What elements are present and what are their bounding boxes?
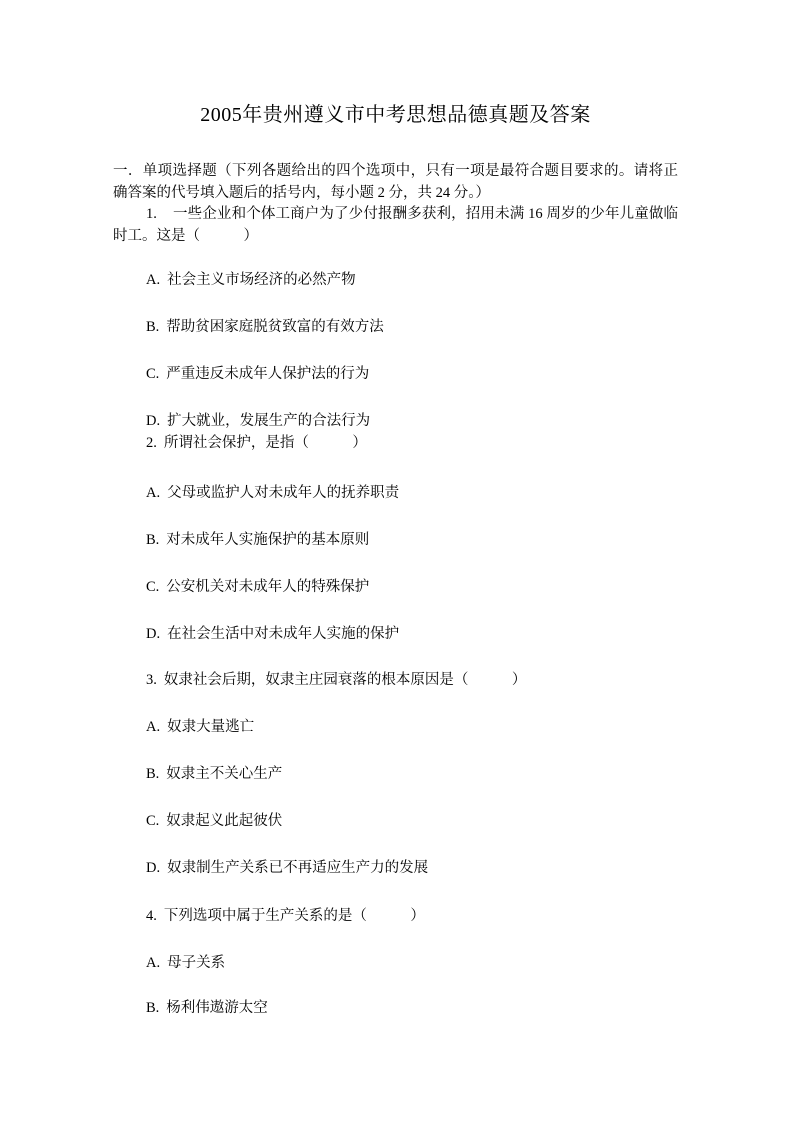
question-4-option-b: B.杨利伟遨游太空 (113, 998, 678, 1020)
option-text: 对未成年人实施保护的基本原则 (166, 532, 369, 548)
question-2-option-a: A.父母或监护人对未成年人的抚养职责 (113, 483, 678, 505)
question-1-text: 一些企业和个体工商户为了少付报酬多获利，招用未满 16 周岁的少年儿童做临时工。… (113, 206, 678, 244)
question-2-option-d: D.在社会生活中对未成年人实施的保护 (113, 624, 678, 646)
question-1-option-d: D.扩大就业，发展生产的合法行为 (113, 411, 678, 433)
question-2-option-b: B.对未成年人实施保护的基本原则 (113, 530, 678, 552)
option-text: 公安机关对未成年人的特殊保护 (166, 579, 369, 595)
option-label: A. (146, 272, 160, 288)
section-instructions: 一．单项选择题（下列各题给出的四个选项中，只有一项是最符合题目要求的。请将正确答… (113, 161, 678, 204)
option-text: 社会主义市场经济的必然产物 (167, 272, 356, 288)
option-text: 奴隶制生产关系已不再适应生产力的发展 (167, 860, 428, 876)
question-4-number: 4. (146, 908, 157, 924)
option-label: C. (146, 813, 159, 829)
question-1-option-c: C.严重违反未成年人保护法的行为 (113, 364, 678, 386)
option-label: C. (146, 579, 159, 595)
question-1-option-b: B.帮助贫困家庭脱贫致富的有效方法 (113, 317, 678, 339)
option-text: 父母或监护人对未成年人的抚养职责 (167, 485, 399, 501)
option-label: B. (146, 766, 159, 782)
document-page: 2005年贵州遵义市中考思想品德真题及答案 一．单项选择题（下列各题给出的四个选… (0, 0, 794, 1123)
question-4: 4.下列选项中属于生产关系的是（ ） (113, 906, 678, 928)
option-text: 扩大就业，发展生产的合法行为 (167, 413, 370, 429)
question-3-option-c: C.奴隶起义此起彼伏 (113, 811, 678, 833)
question-3-text: 奴隶社会后期，奴隶主庄园衰落的根本原因是（ ） (164, 672, 527, 688)
option-label: C. (146, 366, 159, 382)
question-4-option-a: A.母子关系 (113, 953, 678, 975)
option-label: D. (146, 860, 160, 876)
question-1-number: 1. (146, 206, 157, 222)
option-text: 严重违反未成年人保护法的行为 (166, 366, 369, 382)
question-3: 3.奴隶社会后期，奴隶主庄园衰落的根本原因是（ ） (113, 670, 678, 692)
question-3-option-a: A.奴隶大量逃亡 (113, 717, 678, 739)
option-label: D. (146, 413, 160, 429)
option-label: A. (146, 719, 160, 735)
option-label: A. (146, 485, 160, 501)
option-text: 帮助贫困家庭脱贫致富的有效方法 (166, 319, 384, 335)
question-3-option-d: D.奴隶制生产关系已不再适应生产力的发展 (113, 858, 678, 880)
question-2-number: 2. (146, 435, 157, 451)
question-2: 2.所谓社会保护，是指（ ） (113, 433, 678, 455)
option-label: D. (146, 626, 160, 642)
question-4-text: 下列选项中属于生产关系的是（ ） (164, 908, 425, 924)
question-1: 1.一些企业和个体工商户为了少付报酬多获利，招用未满 16 周岁的少年儿童做临时… (113, 204, 678, 247)
option-text: 母子关系 (167, 955, 225, 971)
option-text: 在社会生活中对未成年人实施的保护 (167, 626, 399, 642)
option-label: B. (146, 319, 159, 335)
option-text: 杨利伟遨游太空 (166, 1000, 268, 1016)
option-label: A. (146, 955, 160, 971)
document-title: 2005年贵州遵义市中考思想品德真题及答案 (113, 100, 678, 130)
option-label: B. (146, 532, 159, 548)
option-text: 奴隶主不关心生产 (166, 766, 282, 782)
question-3-number: 3. (146, 672, 157, 688)
question-2-text: 所谓社会保护，是指（ ） (164, 435, 367, 451)
question-1-option-a: A.社会主义市场经济的必然产物 (113, 270, 678, 292)
question-2-option-c: C.公安机关对未成年人的特殊保护 (113, 577, 678, 599)
option-text: 奴隶起义此起彼伏 (166, 813, 282, 829)
option-text: 奴隶大量逃亡 (167, 719, 254, 735)
question-3-option-b: B.奴隶主不关心生产 (113, 764, 678, 786)
option-label: B. (146, 1000, 159, 1016)
